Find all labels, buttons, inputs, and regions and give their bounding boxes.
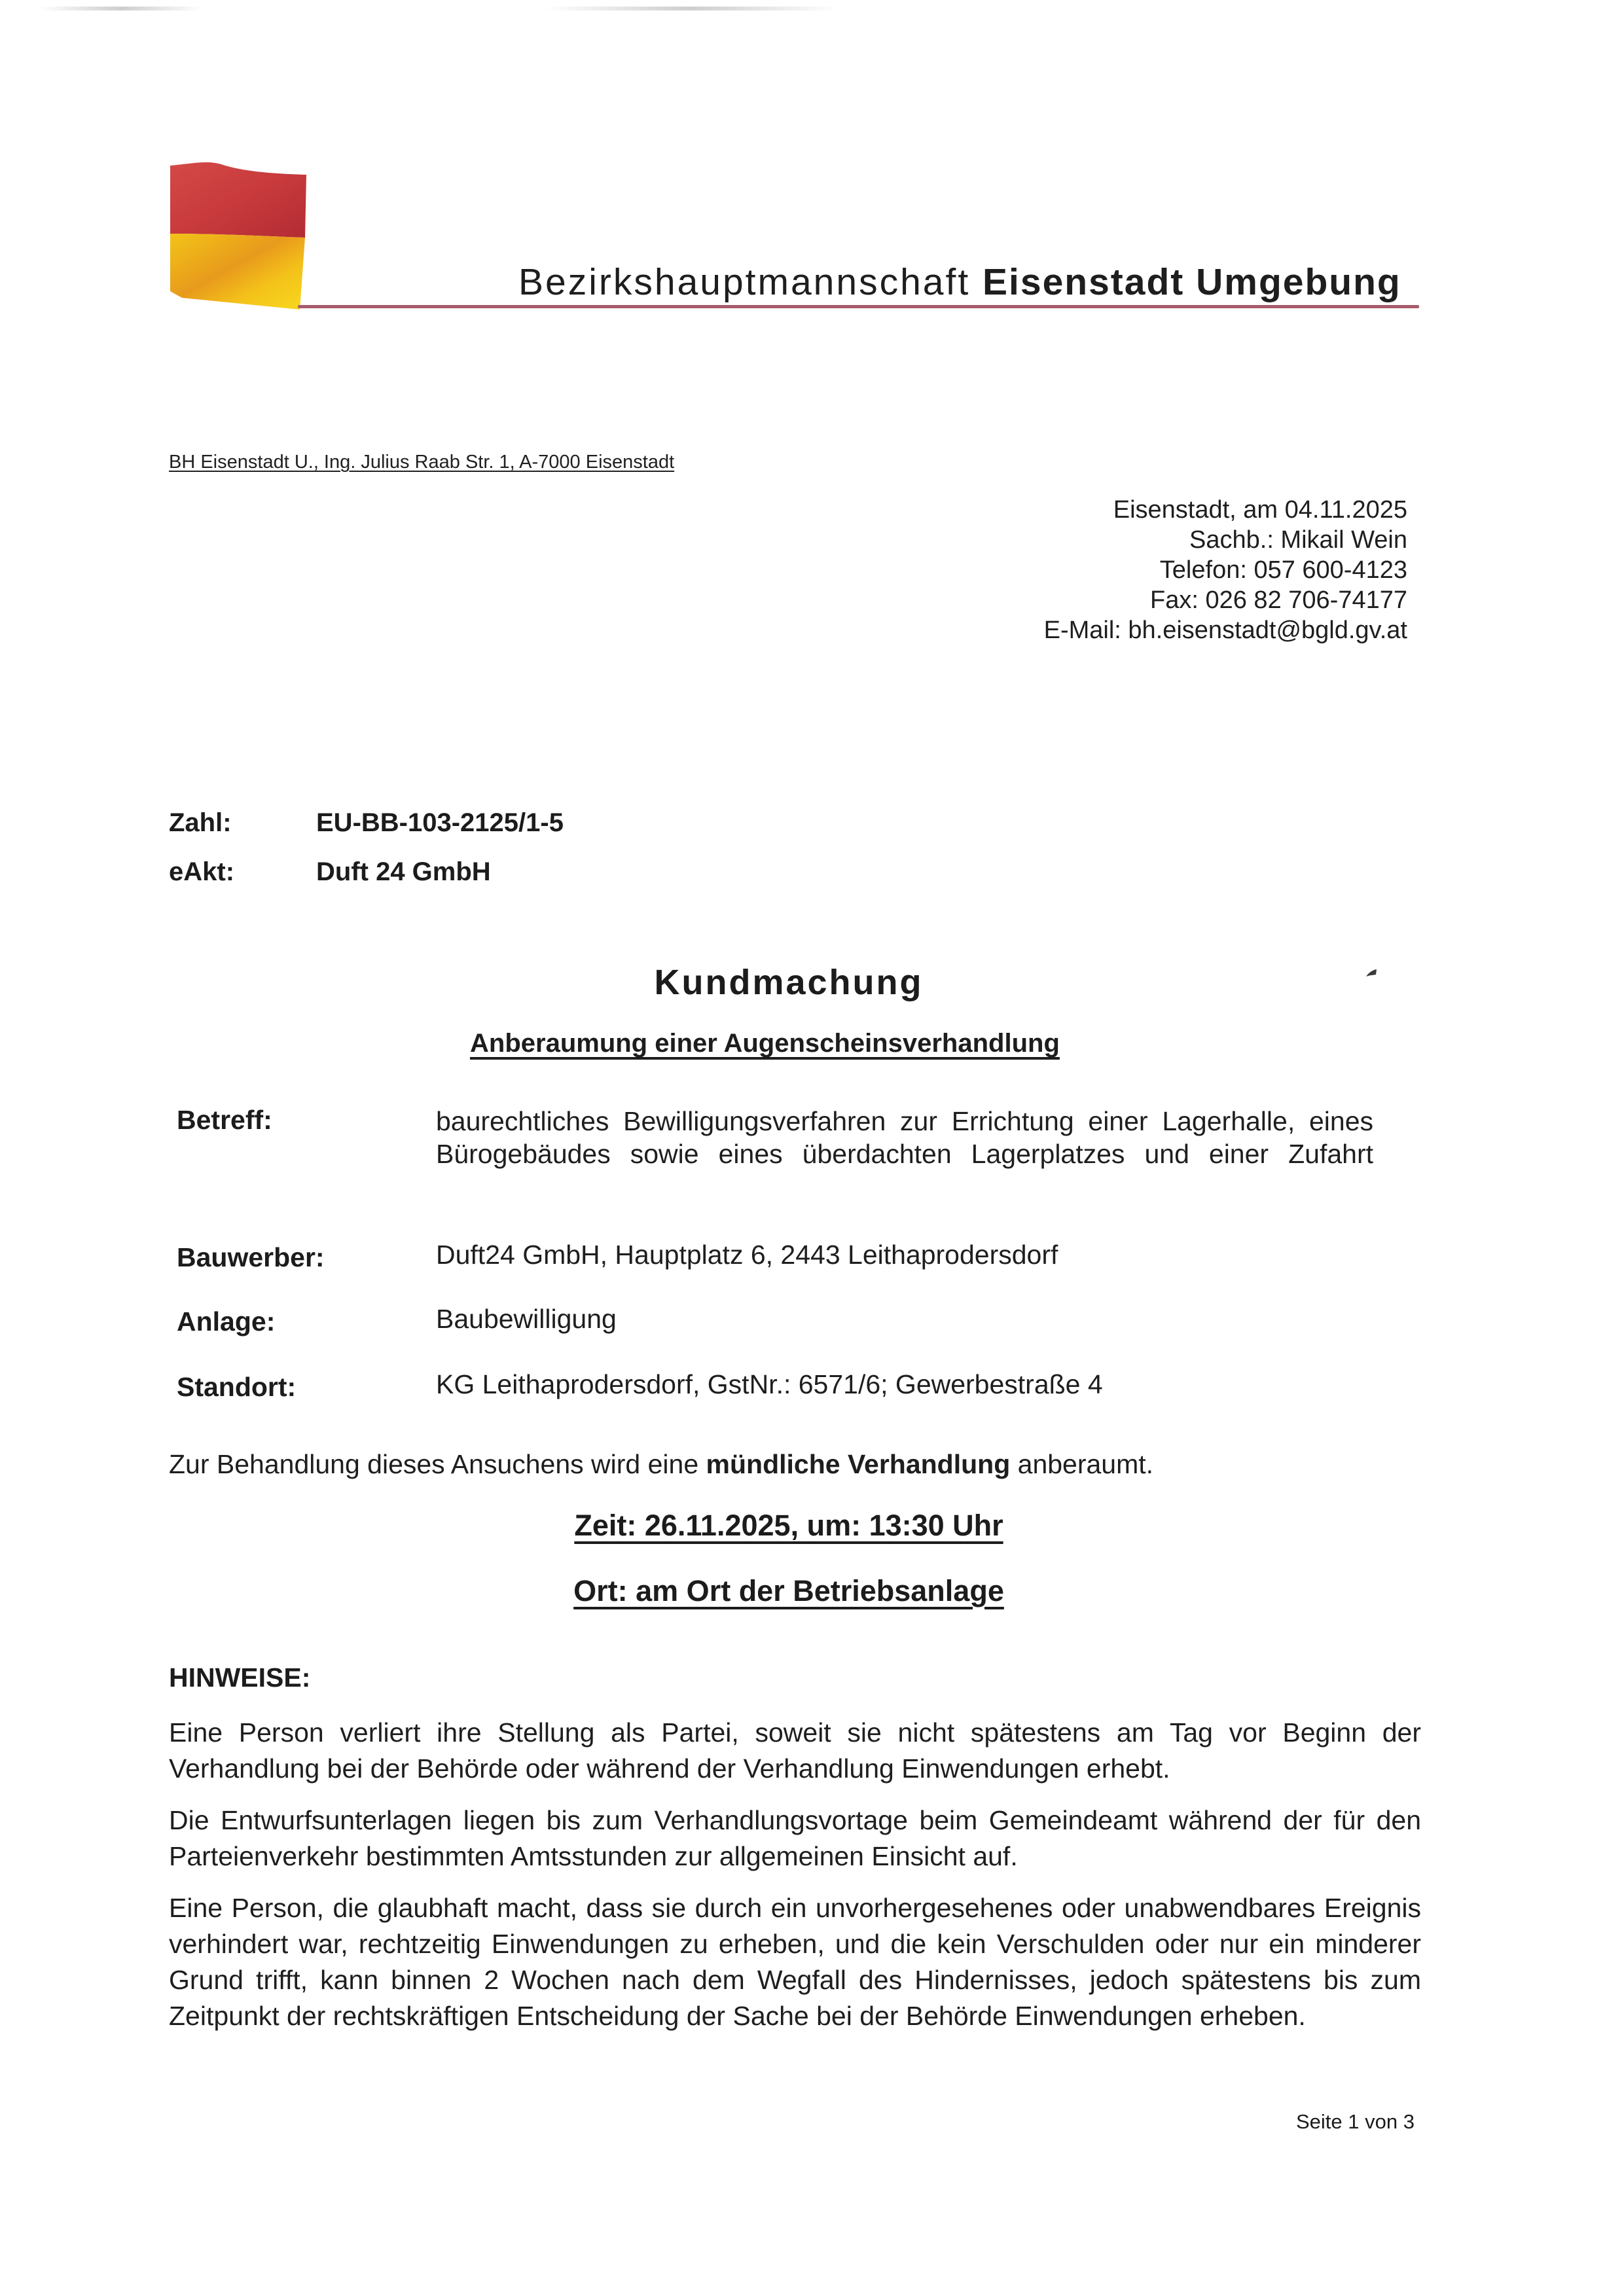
note-paragraph: Die Entwurfsunterlagen liegen bis zum Ve…	[169, 1803, 1421, 1874]
email-address: E-Mail: bh.eisenstadt@bgld.gv.at	[1044, 615, 1407, 645]
org-name-bold: Eisenstadt Umgebung	[983, 261, 1401, 303]
hearing-intro-end: anberaumt.	[1010, 1449, 1153, 1479]
scan-mark	[1365, 969, 1378, 978]
field-value-anlage: Baubewilligung	[436, 1304, 617, 1335]
letter-date: Eisenstadt, am 04.11.2025	[1044, 495, 1407, 525]
scan-artifact	[39, 7, 203, 10]
hearing-intro-bold: mündliche Verhandlung	[706, 1449, 1011, 1479]
scan-artifact	[543, 7, 838, 10]
phone-number: Telefon: 057 600-4123	[1044, 555, 1407, 585]
reference-number-value: EU-BB-103-2125/1-5	[316, 808, 564, 837]
hearing-intro: Zur Behandlung dieses Ansuchens wird ein…	[169, 1446, 1421, 1482]
organization-name: Bezirkshauptmannschaft Eisenstadt Umgebu…	[518, 260, 1401, 304]
reference-number-row: Zahl:EU-BB-103-2125/1-5	[169, 808, 564, 838]
field-label-betreff: Betreff:	[177, 1105, 272, 1136]
field-value-standort: KG Leithaprodersdorf, GstNr.: 6571/6; Ge…	[436, 1369, 1103, 1400]
clerk-name: Sachb.: Mikail Wein	[1044, 525, 1407, 555]
notes-heading: HINWEISE:	[169, 1662, 310, 1693]
document-subtitle: Anberaumung einer Augenscheinsverhandlun…	[470, 1029, 1060, 1058]
header-rule	[298, 305, 1419, 308]
eakt-value: Duft 24 GmbH	[316, 857, 491, 886]
contact-block: Eisenstadt, am 04.11.2025 Sachb.: Mikail…	[1044, 495, 1407, 645]
hearing-time: Zeit: 26.11.2025, um: 13:30 Uhr	[0, 1509, 1578, 1543]
page-number: Seite 1 von 3	[1296, 2110, 1415, 2134]
hearing-intro-text: Zur Behandlung dieses Ansuchens wird ein…	[169, 1449, 706, 1479]
field-label-anlage: Anlage:	[177, 1306, 275, 1337]
eakt-label: eAkt:	[169, 857, 316, 887]
fax-number: Fax: 026 82 706-74177	[1044, 585, 1407, 615]
sender-address: BH Eisenstadt U., Ing. Julius Raab Str. …	[169, 452, 674, 473]
burgenland-flag-logo	[169, 160, 312, 310]
field-label-bauwerber: Bauwerber:	[177, 1242, 325, 1273]
org-name-regular: Bezirkshauptmannschaft	[518, 261, 970, 303]
field-value-betreff: baurechtliches Bewilligungsverfahren zur…	[436, 1105, 1373, 1203]
document-title: Kundmachung	[0, 962, 1578, 1003]
note-paragraph: Eine Person verliert ihre Stellung als P…	[169, 1715, 1421, 1787]
hearing-place: Ort: am Ort der Betriebsanlage	[0, 1574, 1578, 1608]
reference-number-label: Zahl:	[169, 808, 316, 838]
field-value-bauwerber: Duft24 GmbH, Hauptplatz 6, 2443 Leithapr…	[436, 1240, 1058, 1270]
note-paragraph: Eine Person, die glaubhaft macht, dass s…	[169, 1890, 1421, 2034]
flag-icon	[169, 160, 312, 310]
field-label-standort: Standort:	[177, 1372, 296, 1403]
eakt-row: eAkt:Duft 24 GmbH	[169, 857, 491, 887]
